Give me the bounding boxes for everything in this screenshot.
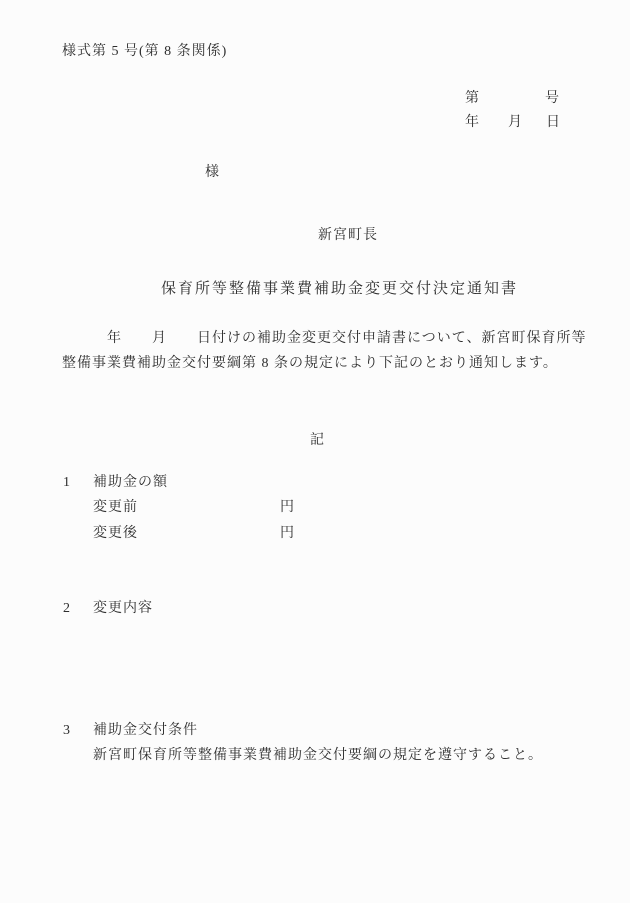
addressee-honorific: 様 — [205, 163, 220, 183]
doc-number-suffix: 号 — [545, 89, 560, 109]
section-1-heading: 補助金の額 — [93, 473, 168, 493]
section-2-number: 2 — [63, 599, 71, 619]
sender-name: 新宮町長 — [318, 226, 378, 246]
date-year-label: 年 — [465, 113, 480, 133]
section-2-heading: 変更内容 — [93, 599, 153, 619]
doc-number-prefix: 第 — [465, 89, 480, 109]
section-3-number: 3 — [63, 721, 71, 741]
form-label: 様式第 5 号(第 8 条関係) — [62, 42, 227, 62]
amount-before-label: 変更前 — [93, 498, 138, 518]
body-line-1: 年 月 日付けの補助金変更交付申請書について、新宮町保育所等 — [62, 329, 586, 349]
section-3-heading: 補助金交付条件 — [93, 721, 198, 741]
amount-after-unit: 円 — [280, 524, 295, 544]
date-month-label: 月 — [508, 113, 523, 133]
amount-after-label: 変更後 — [93, 524, 138, 544]
section-3-note: 新宮町保育所等整備事業費補助金交付要綱の規定を遵守すること。 — [93, 746, 543, 766]
date-day-label: 日 — [546, 113, 561, 133]
document-page: 様式第 5 号(第 8 条関係) 第 号 年 月 日 様 新宮町長 保育所等整備… — [0, 0, 630, 903]
body-line-2: 整備事業費補助金交付要綱第 8 条の規定により下記のとおり通知します。 — [62, 354, 558, 374]
section-1-number: 1 — [63, 473, 71, 493]
record-marker: 記 — [310, 431, 325, 451]
amount-before-unit: 円 — [280, 498, 295, 518]
document-title: 保育所等整備事業費補助金変更交付決定通知書 — [161, 279, 518, 299]
